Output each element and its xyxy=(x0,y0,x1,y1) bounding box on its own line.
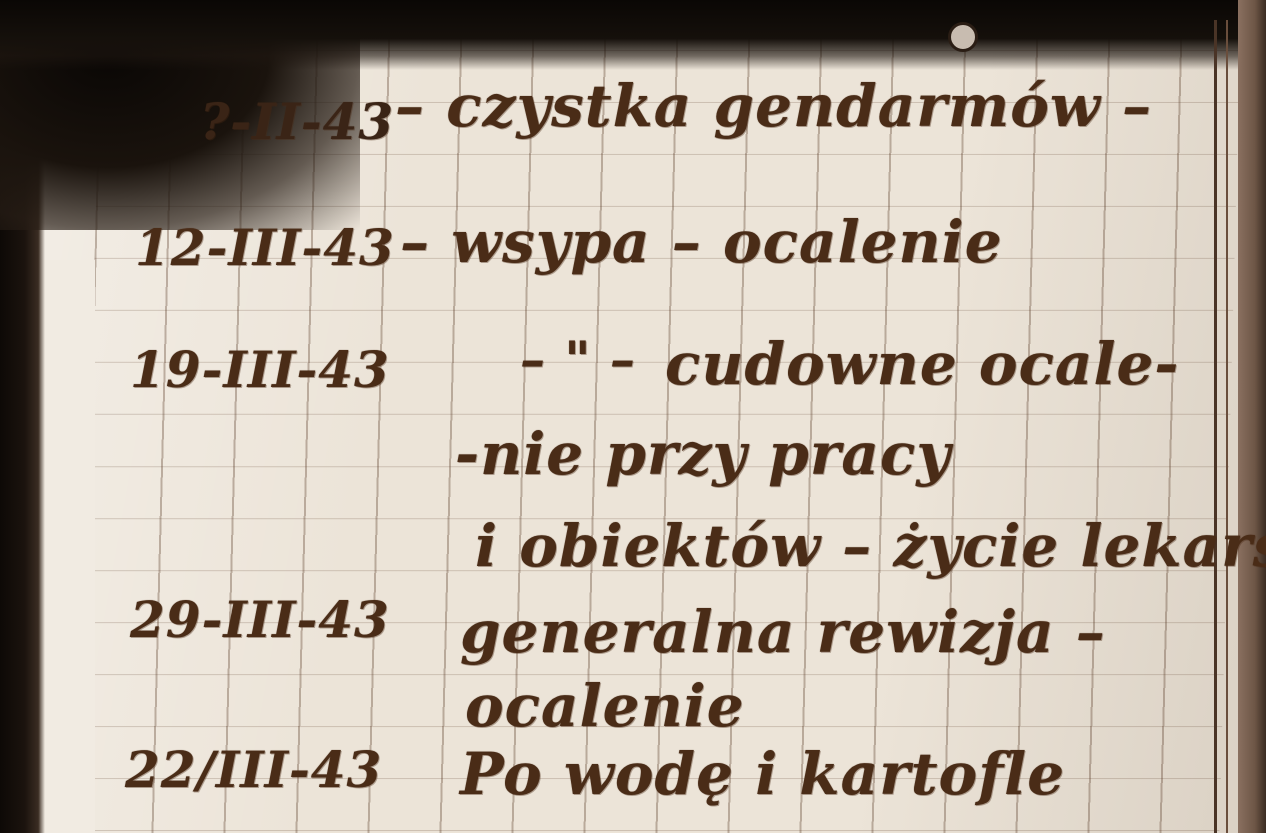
right-margin-rule xyxy=(1214,20,1217,833)
right-page-edge xyxy=(1238,0,1266,833)
top-dark-edge xyxy=(0,0,1266,70)
ring-hole-icon xyxy=(948,22,978,52)
entry-date: 19-III-43 xyxy=(130,340,390,399)
left-margin xyxy=(40,260,95,833)
entry-date: ?-II-43 xyxy=(200,92,394,151)
entry-text: generalna rewizja – xyxy=(460,598,1106,666)
entry-date: 29-III-43 xyxy=(130,590,390,649)
right-margin-rule-2 xyxy=(1226,20,1228,833)
entry-text: – czystka gendarmów – xyxy=(395,72,1152,140)
entry-text: Po wodę i kartofle xyxy=(460,740,1065,808)
ditto-mark: – " – xyxy=(520,330,636,389)
entry-date: 22/III-43 xyxy=(125,740,382,799)
entry-text-continued: -nie przy pracy xyxy=(455,420,951,488)
diary-photo: ?-II-43 – czystka gendarmów – 12-III-43 … xyxy=(0,0,1266,833)
entry-date: 12-III-43 xyxy=(135,218,395,277)
entry-text-continued: i obiektów – życie lekarstwem xyxy=(475,512,1266,580)
entry-text: – wsypa – ocalenie xyxy=(400,208,1003,276)
entry-text-continued: ocalenie xyxy=(465,672,745,740)
entry-text: cudowne ocale- xyxy=(665,330,1180,398)
